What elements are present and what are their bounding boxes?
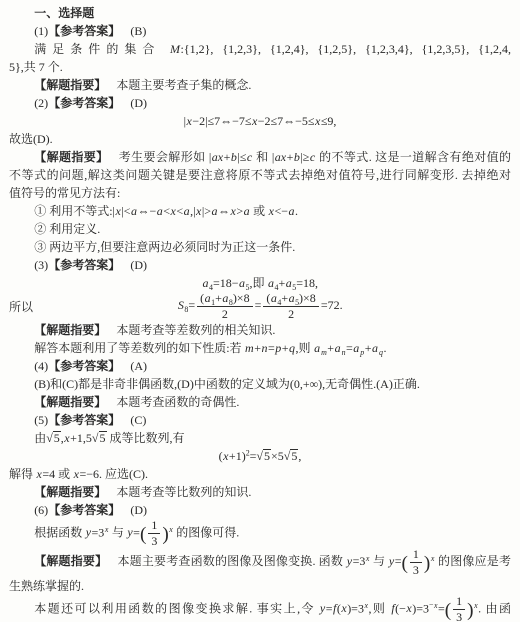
q1-answer-line: (1)【参考答案】(B) (9, 22, 511, 40)
q1-answer-value: (B) (130, 24, 146, 38)
q5-solution-line-1: 由5,x+1,55 成等比数列,有 (9, 429, 511, 447)
q2-method-3: ③ 两边平方,但要注意两边必须同时为正这一条件. (9, 238, 511, 256)
q5-answer-line: (5)【参考答案】(C) (9, 411, 511, 429)
q1-solution-line-2: 5},共 7 个. (9, 58, 511, 76)
q2-hint-label: 【解题指要】 (34, 150, 108, 164)
q2-answer-label: 【参考答案】 (48, 96, 120, 110)
q3-number: (3) (34, 258, 48, 272)
q1-hint-line: 【解题指要】本题主要考查子集的概念. (9, 76, 511, 94)
q5-answer-label: 【参考答案】 (48, 413, 120, 427)
q6-answer-label: 【参考答案】 (48, 503, 120, 517)
q1-hint-text: 本题主要考查子集的概念. (116, 78, 251, 92)
q3-hint-line: 【解题指要】本题考查等差数列的相关知识. (9, 321, 511, 339)
q4-hint-text: 本题考查函数的奇偶性. (116, 395, 239, 409)
q4-solution-line: (B)和(C)都是非奇非偶函数,(D)中函数的定义域为(0,+∞),无奇偶性.(… (9, 375, 511, 393)
q5-answer-value: (C) (130, 413, 146, 427)
q3-answer-label: 【参考答案】 (48, 258, 120, 272)
q2-hint-text-2: 不等式的问题,解这类问题关键是要注意将原不等式去掉绝对值符号,进行同解变形. 去… (9, 166, 511, 184)
q2-hint-text-1: 考生要会解形如 |ax+b|≤c 和 |ax+b|≥c 的不等式. 这是一道解含… (119, 150, 511, 164)
q1-number: (1) (34, 24, 48, 38)
q6-hint-text-2: 生熟练掌握的. (9, 577, 511, 595)
q2-answer-value: (D) (130, 96, 147, 110)
q2-method-2: ② 利用定义. (9, 220, 511, 238)
q6-answer-value: (D) (130, 503, 147, 517)
q5-hint-label: 【解题指要】 (34, 485, 106, 499)
q2-hint-text-3: 值符号的常见方法有: (9, 184, 511, 202)
q3-formula-2: S8=(a1+a8)×82=(a4+a5)×82=72. (177, 298, 342, 312)
q1-hint-label: 【解题指要】 (34, 78, 106, 92)
q1-solution-line-1: 满足条件的集合 M:{1,2}, {1,2,3}, {1,2,4}, {1,2,… (9, 40, 511, 58)
q3-formula-2-line: 所以S8=(a1+a8)×82=(a4+a5)×82=72. (9, 292, 511, 321)
q4-answer-value: (A) (130, 359, 147, 373)
q3-formula-1: a4=18−a5,即 a4+a5=18, (9, 274, 511, 292)
q3-hint-text-1: 本题考查等差数列的相关知识. (116, 323, 275, 337)
q4-number: (4) (34, 359, 48, 373)
q6-hint-text-1: 本题主要考查函数的图像及图像变换. 函数 y=3x 与 y=(13)x 的图像应… (118, 554, 511, 568)
q3-formula-prefix: 所以 (9, 298, 33, 316)
q6-hint-line-1: 【解题指要】本题主要考查函数的图像及图像变换. 函数 y=3x 与 y=(13)… (9, 548, 511, 577)
q5-hint-text: 本题考查等比数列的知识. (116, 485, 251, 499)
document-page: 一、选择题 (1)【参考答案】(B) 满足条件的集合 M:{1,2}, {1,2… (9, 4, 511, 622)
q6-solution-line-1: 根据函数 y=3x 与 y=(13)x 的图像可得. (9, 519, 511, 548)
q2-method-1: ① 利用不等式:|x|<a⇔−a<x<a,|x|>a⇔x>a 或 x<−a. (9, 202, 511, 220)
q2-conclusion: 故选(D). (9, 130, 511, 148)
q3-answer-value: (D) (130, 258, 147, 272)
q5-solution-line-2: 解得 x=4 或 x=−6. 应选(C). (9, 465, 511, 483)
q5-number: (5) (34, 413, 48, 427)
q6-number: (6) (34, 503, 48, 517)
q2-number: (2) (34, 96, 48, 110)
q1-answer-label: 【参考答案】 (48, 24, 120, 38)
q4-answer-label: 【参考答案】 (48, 359, 120, 373)
q5-formula: (x+1)2=5×55, (9, 447, 511, 465)
q3-hint-text-2: 解答本题利用了等差数列的如下性质:若 m+n=p+q,则 am+an=ap+aq… (9, 339, 511, 357)
q6-solution-line-2: 本题还可以利用函数的图像变换求解. 事实上,令 y=f(x)=3x,则 f(−x… (9, 595, 511, 622)
q6-answer-line: (6)【参考答案】(D) (9, 501, 511, 519)
q5-hint-line: 【解题指要】本题考查等比数列的知识. (9, 483, 511, 501)
q3-answer-line: (3)【参考答案】(D) (9, 256, 511, 274)
q4-hint-line: 【解题指要】本题考查函数的奇偶性. (9, 393, 511, 411)
section-title: 一、选择题 (9, 4, 511, 22)
q3-hint-label: 【解题指要】 (34, 323, 106, 337)
q4-hint-label: 【解题指要】 (34, 395, 106, 409)
q2-hint-line-1: 【解题指要】考生要会解形如 |ax+b|≤c 和 |ax+b|≥c 的不等式. … (9, 148, 511, 166)
q4-answer-line: (4)【参考答案】(A) (9, 357, 511, 375)
q6-hint-label: 【解题指要】 (34, 554, 107, 568)
q2-formula: |x−2|≤7⇔−7≤x−2≤7⇔−5≤x≤9, (9, 112, 511, 130)
q2-answer-line: (2)【参考答案】(D) (9, 94, 511, 112)
